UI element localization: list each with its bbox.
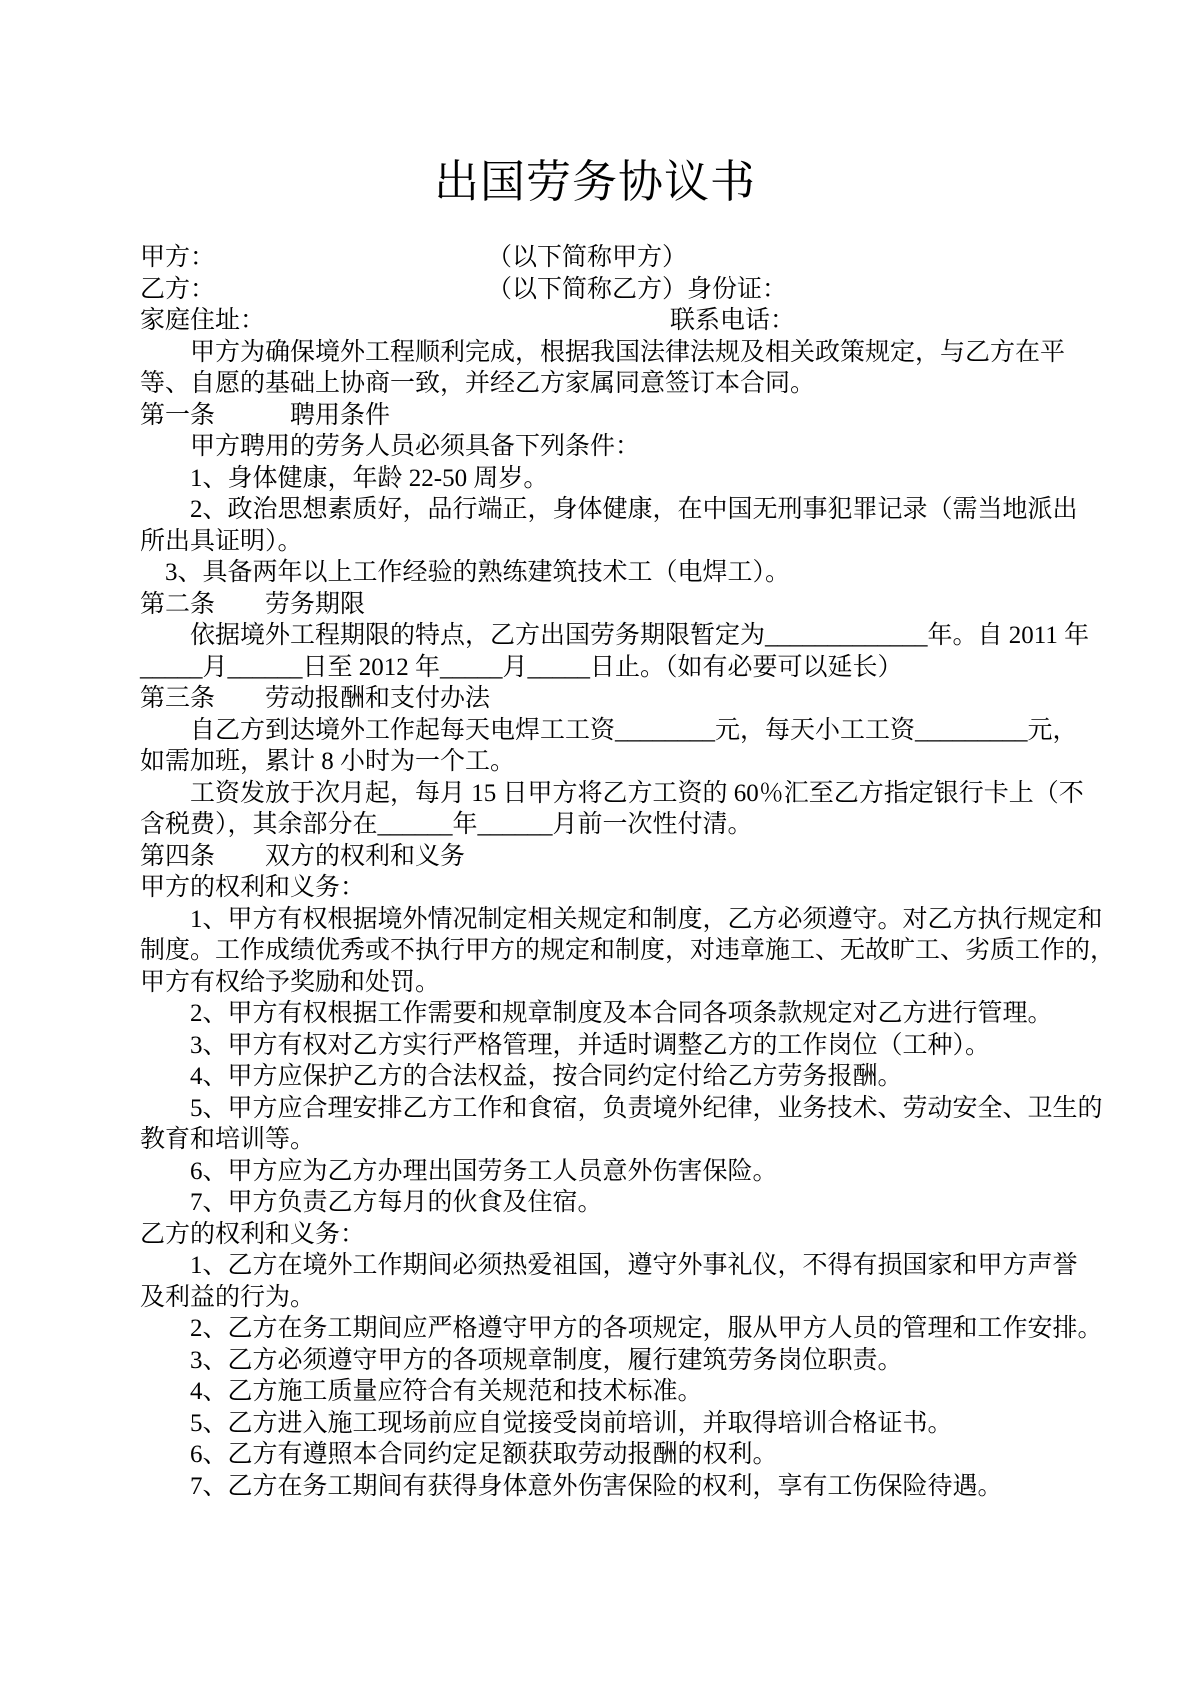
party-label: 甲方： [140,242,487,274]
contract-line: 4、甲方应保护乙方的合法权益，按合同约定付给乙方劳务报酬。 [140,1061,1080,1093]
party-label: 乙方： [140,274,487,306]
contract-line: 所出具证明）。 [140,526,1080,558]
contract-line: 1、身体健康，年龄 22-50 周岁。 [140,463,1080,495]
section-heading-1: 第一条 聘用条件 [140,400,1080,432]
contract-line: 如需加班，累计 8 小时为一个工。 [140,746,1080,778]
contract-line-with-blank: 自乙方到达境外工作起每天电焊工工资________元，每天小工工资_______… [140,715,1080,747]
contract-line: 工资发放于次月起，每月 15 日甲方将乙方工资的 60％汇至乙方指定银行卡上（不 [140,778,1080,810]
contract-line: 2、乙方在务工期间应严格遵守甲方的各项规定，服从甲方人员的管理和工作安排。 [140,1313,1080,1345]
contract-line: 7、乙方在务工期间有获得身体意外伤害保险的权利，享有工伤保险待遇。 [140,1471,1080,1503]
contract-line-with-blank: 依据境外工程期限的特点，乙方出国劳务期限暂定为_____________年。自 … [140,620,1080,652]
party-row-address: 家庭住址：联系电话： [140,305,1080,337]
contract-line: 甲方为确保境外工程顺利完成，根据我国法律法规及相关政策规定，与乙方在平 [140,337,1080,369]
section-heading-4: 第四条 双方的权利和义务 [140,841,1080,873]
contract-line: 2、甲方有权根据工作需要和规章制度及本合同各项条款规定对乙方进行管理。 [140,998,1080,1030]
contract-line: 教育和培训等。 [140,1124,1080,1156]
subsection-heading-jiafang: 甲方的权利和义务： [140,872,1080,904]
section-heading-2: 第二条 劳务期限 [140,589,1080,621]
contract-line: 3、具备两年以上工作经验的熟练建筑技术工（电焊工）。 [140,557,1080,589]
contract-line: 及利益的行为。 [140,1282,1080,1314]
section-heading-3: 第三条 劳动报酬和支付办法 [140,683,1080,715]
contract-line: 6、甲方应为乙方办理出国劳务工人员意外伤害保险。 [140,1156,1080,1188]
document-content: 甲方：（以下简称甲方） 乙方：（以下简称乙方）身份证： 家庭住址：联系电话： 甲… [140,242,1080,1502]
contract-line: 制度。工作成绩优秀或不执行甲方的规定和制度，对违章施工、无故旷工、劣质工作的， [140,935,1080,967]
subsection-heading-yifang: 乙方的权利和义务： [140,1219,1080,1251]
party-value: （以下简称乙方）身份证： [487,276,787,303]
contract-line: 7、甲方负责乙方每月的伙食及住宿。 [140,1187,1080,1219]
document-page: 出国劳务协议书 甲方：（以下简称甲方） 乙方：（以下简称乙方）身份证： 家庭住址… [0,0,1190,1683]
party-label: 家庭住址： [140,305,670,337]
contract-line: 2、政治思想素质好，品行端正，身体健康，在中国无刑事犯罪记录（需当地派出 [140,494,1080,526]
document-title: 出国劳务协议书 [0,154,1190,210]
contract-line: 甲方聘用的劳务人员必须具备下列条件： [140,431,1080,463]
contract-line-with-blank: 含税费），其余部分在______年______月前一次性付清。 [140,809,1080,841]
party-value: 联系电话： [670,307,795,334]
contract-line: 4、乙方施工质量应符合有关规范和技术标准。 [140,1376,1080,1408]
contract-line: 1、甲方有权根据境外情况制定相关规定和制度，乙方必须遵守。对乙方执行规定和 [140,904,1080,936]
party-row-jiafang: 甲方：（以下简称甲方） [140,242,1080,274]
party-row-yifang: 乙方：（以下简称乙方）身份证： [140,274,1080,306]
contract-line: 1、乙方在境外工作期间必须热爱祖国，遵守外事礼仪，不得有损国家和甲方声誉 [140,1250,1080,1282]
contract-line-with-blank: _____月______日至 2012 年_____月_____日止。（如有必要… [140,652,1080,684]
contract-line: 5、乙方进入施工现场前应自觉接受岗前培训，并取得培训合格证书。 [140,1408,1080,1440]
contract-line: 等、自愿的基础上协商一致，并经乙方家属同意签订本合同。 [140,368,1080,400]
party-value: （以下简称甲方） [487,244,687,271]
contract-line: 6、乙方有遵照本合同约定足额获取劳动报酬的权利。 [140,1439,1080,1471]
contract-line: 甲方有权给予奖励和处罚。 [140,967,1080,999]
contract-line: 3、乙方必须遵守甲方的各项规章制度，履行建筑劳务岗位职责。 [140,1345,1080,1377]
contract-line: 3、甲方有权对乙方实行严格管理，并适时调整乙方的工作岗位（工种）。 [140,1030,1080,1062]
contract-line: 5、甲方应合理安排乙方工作和食宿，负责境外纪律，业务技术、劳动安全、卫生的 [140,1093,1080,1125]
